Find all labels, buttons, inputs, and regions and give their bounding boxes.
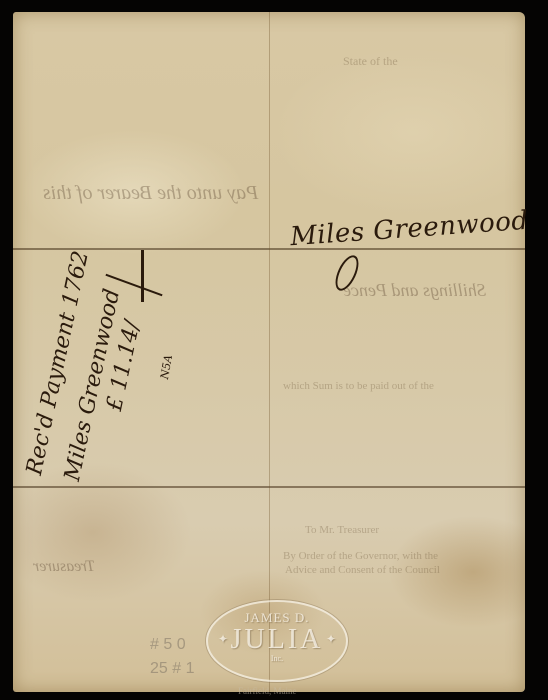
docket-rule-vertical [141, 250, 144, 302]
bleedthrough-line-c: Advice and Consent of the Council [285, 564, 440, 576]
bleedthrough-line-a: which Sum is to be paid out of the [283, 380, 434, 392]
bleedthrough-heading: State of the [343, 54, 398, 69]
watermark-sub: Inc. [208, 654, 346, 663]
bleedthrough-script-line-2: Shillings and Pence [343, 280, 486, 301]
star-icon: ✦ [218, 632, 228, 647]
bleedthrough-script-line: Pay unto the Bearer of this [43, 182, 258, 205]
pencil-note-2: 25 # 1 [150, 660, 194, 678]
bleedthrough-line-b: By Order of the Governor, with the [283, 550, 438, 562]
bleedthrough-line-d: To Mr. Treasurer [305, 524, 379, 536]
fold-line-vertical [269, 12, 270, 692]
watermark-location: Fairfield, Maine [238, 686, 296, 696]
bleedthrough-script-lower: Treasurer [33, 558, 95, 576]
star-icon: ✦ [326, 632, 336, 647]
auction-watermark: JAMES D. JULIA Inc. ✦ ✦ [206, 600, 348, 682]
pencil-note-1: # 5 0 [150, 636, 186, 654]
